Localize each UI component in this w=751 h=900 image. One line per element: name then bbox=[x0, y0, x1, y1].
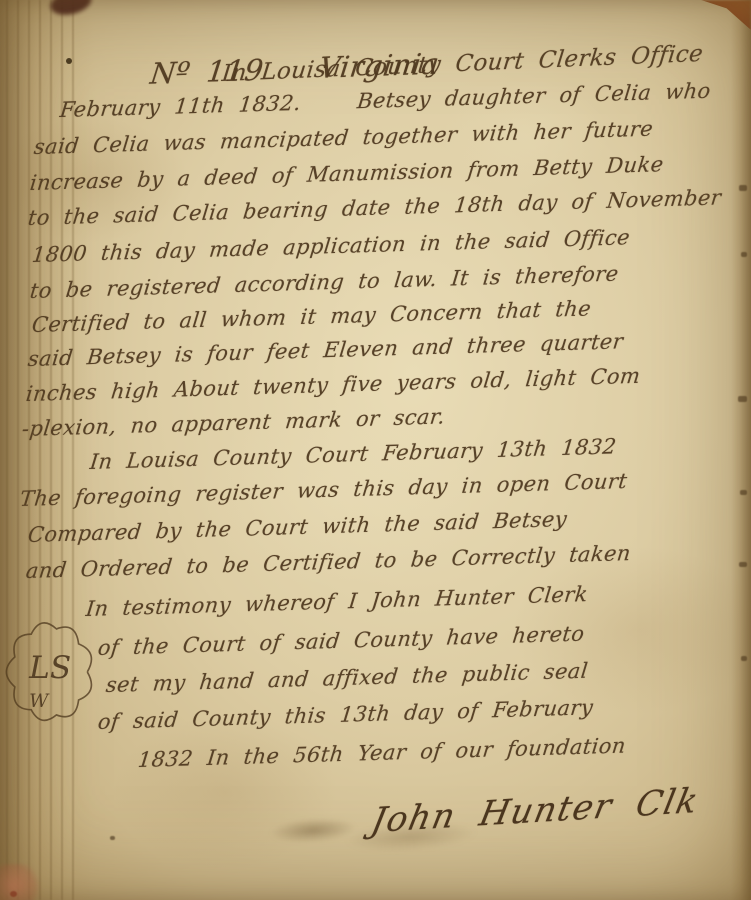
clerk-seal-flourish: LS W bbox=[4, 620, 100, 728]
pink-smudge bbox=[0, 864, 42, 900]
ink-bleed-mark bbox=[741, 252, 747, 257]
manuscript-line: 1800 this day made application in the sa… bbox=[31, 224, 632, 268]
ink-bleed-mark bbox=[741, 656, 747, 661]
manuscript-line: and Ordered to be Certified to be Correc… bbox=[25, 540, 633, 584]
ink-dot bbox=[66, 58, 72, 64]
manuscript-line: of the Court of said County have hereto bbox=[97, 621, 586, 662]
manuscript-page-photo: Nº 119Virginia In Louisa County Court Cl… bbox=[0, 0, 751, 900]
manuscript-line: 1832 In the 56th Year of our foundation bbox=[137, 732, 628, 773]
ink-bleed-mark bbox=[738, 396, 747, 402]
manuscript-line: In testimony whereof I John Hunter Clerk bbox=[85, 581, 590, 622]
paper-speck bbox=[110, 836, 115, 840]
ink-bleed-mark bbox=[739, 562, 747, 567]
manuscript-line: Compared by the Court with the said Bets… bbox=[27, 506, 569, 548]
seal-letters: LS bbox=[28, 650, 71, 686]
clerk-signature: John Hunter Clk bbox=[368, 780, 703, 843]
manuscript-line: In Louisa County Court February 13th 183… bbox=[89, 433, 618, 475]
manuscript-line: of said County this 13th day of February bbox=[97, 694, 595, 735]
red-speck bbox=[10, 891, 17, 897]
ink-bleed-mark bbox=[739, 185, 747, 191]
seal-letters-lower: W bbox=[29, 691, 50, 712]
manuscript-line: set my hand and affixed the public seal bbox=[105, 658, 590, 699]
page-gutter-right bbox=[731, 0, 751, 900]
ink-bleed-mark bbox=[740, 490, 747, 495]
